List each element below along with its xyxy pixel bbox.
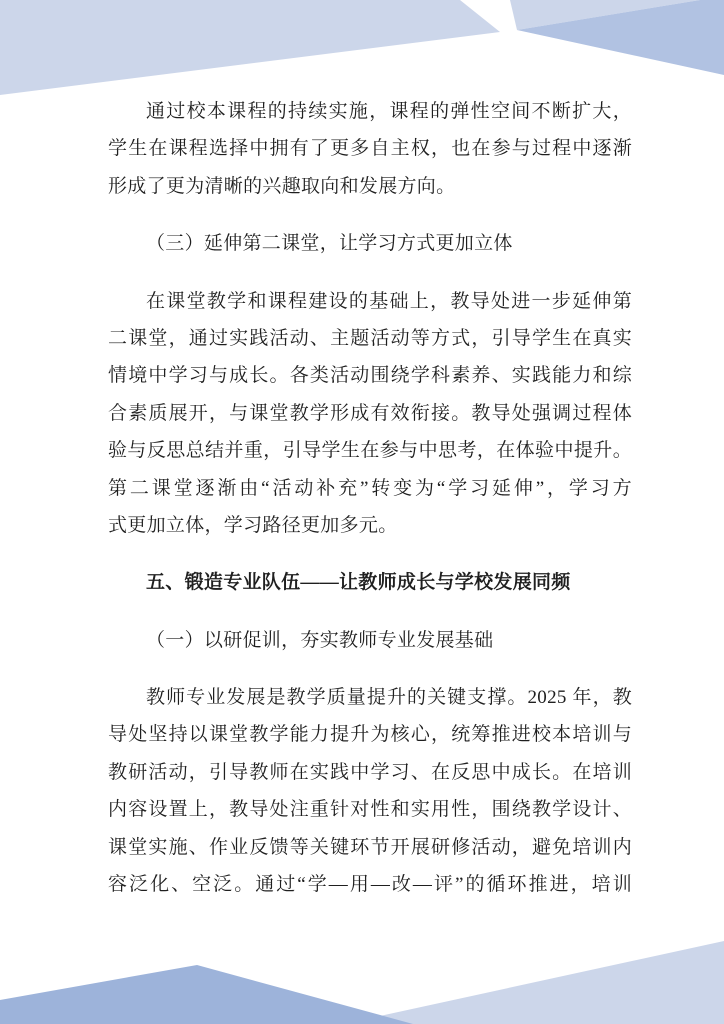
bottom-left-mountain-decoration [0, 965, 413, 1024]
top-right-light-sliver-decoration [510, 0, 700, 30]
bottom-right-slope-decoration [343, 941, 724, 1024]
text-line: 第二课堂逐渐由“活动补充”转变为“学习延伸”，学习方 [108, 470, 632, 507]
paragraph: 通过校本课程的持续实施，课程的弹性空间不断扩大，学生在课程选择中拥有了更多自主权… [108, 93, 632, 205]
text-line: 合素质展开，与课堂教学形成有效衔接。教导处强调过程体 [108, 395, 632, 432]
main-heading: 五、锻造专业队伍——让教师成长与学校发展同频 [108, 564, 632, 601]
text-line: 容泛化、空泛。通过“学—用—改—评”的循环推进，培训 [108, 866, 632, 903]
text-line: 二课堂，通过实践活动、主题活动等方式，引导学生在真实 [108, 320, 632, 357]
text-line: 内容设置上，教导处注重针对性和实用性，围绕教学设计、 [108, 791, 632, 828]
text-line: 通过校本课程的持续实施，课程的弹性空间不断扩大， [108, 93, 632, 130]
text-line: 情境中学习与成长。各类活动围绕学科素养、实践能力和综 [108, 357, 632, 394]
text-line: 教研活动，引导教师在实践中学习、在反思中成长。在培训 [108, 754, 632, 791]
top-right-triangle-decoration [517, 0, 724, 75]
document-body: 通过校本课程的持续实施，课程的弹性空间不断扩大，学生在课程选择中拥有了更多自主权… [108, 93, 632, 923]
paragraph: 教师专业发展是教学质量提升的关键支撑。2025 年，教导处坚持以课堂教学能力提升… [108, 679, 632, 903]
sub-heading: （一）以研促训，夯实教师专业发展基础 [108, 622, 632, 659]
text-line: （一）以研促训，夯实教师专业发展基础 [108, 622, 632, 659]
text-line: 教师专业发展是教学质量提升的关键支撑。2025 年，教 [108, 679, 632, 716]
text-line: 形成了更为清晰的兴趣取向和发展方向。 [108, 168, 632, 205]
text-line: 五、锻造专业队伍——让教师成长与学校发展同频 [108, 564, 632, 601]
top-left-wedge-decoration [0, 0, 500, 95]
text-line: 导处坚持以课堂教学能力提升为核心，统筹推进校本培训与 [108, 716, 632, 753]
text-line: 式更加立体，学习路径更加多元。 [108, 507, 632, 544]
text-line: 学生在课程选择中拥有了更多自主权，也在参与过程中逐渐 [108, 130, 632, 167]
text-line: 课堂实施、作业反馈等关键环节开展研修活动，避免培训内 [108, 829, 632, 866]
document-page: 通过校本课程的持续实施，课程的弹性空间不断扩大，学生在课程选择中拥有了更多自主权… [0, 0, 724, 1024]
text-line: （三）延伸第二课堂，让学习方式更加立体 [108, 225, 632, 262]
paragraph: 在课堂教学和课程建设的基础上，教导处进一步延伸第二课堂，通过实践活动、主题活动等… [108, 283, 632, 545]
text-line: 在课堂教学和课程建设的基础上，教导处进一步延伸第 [108, 283, 632, 320]
sub-heading: （三）延伸第二课堂，让学习方式更加立体 [108, 225, 632, 262]
text-line: 验与反思总结并重，引导学生在参与中思考，在体验中提升。 [108, 432, 632, 469]
